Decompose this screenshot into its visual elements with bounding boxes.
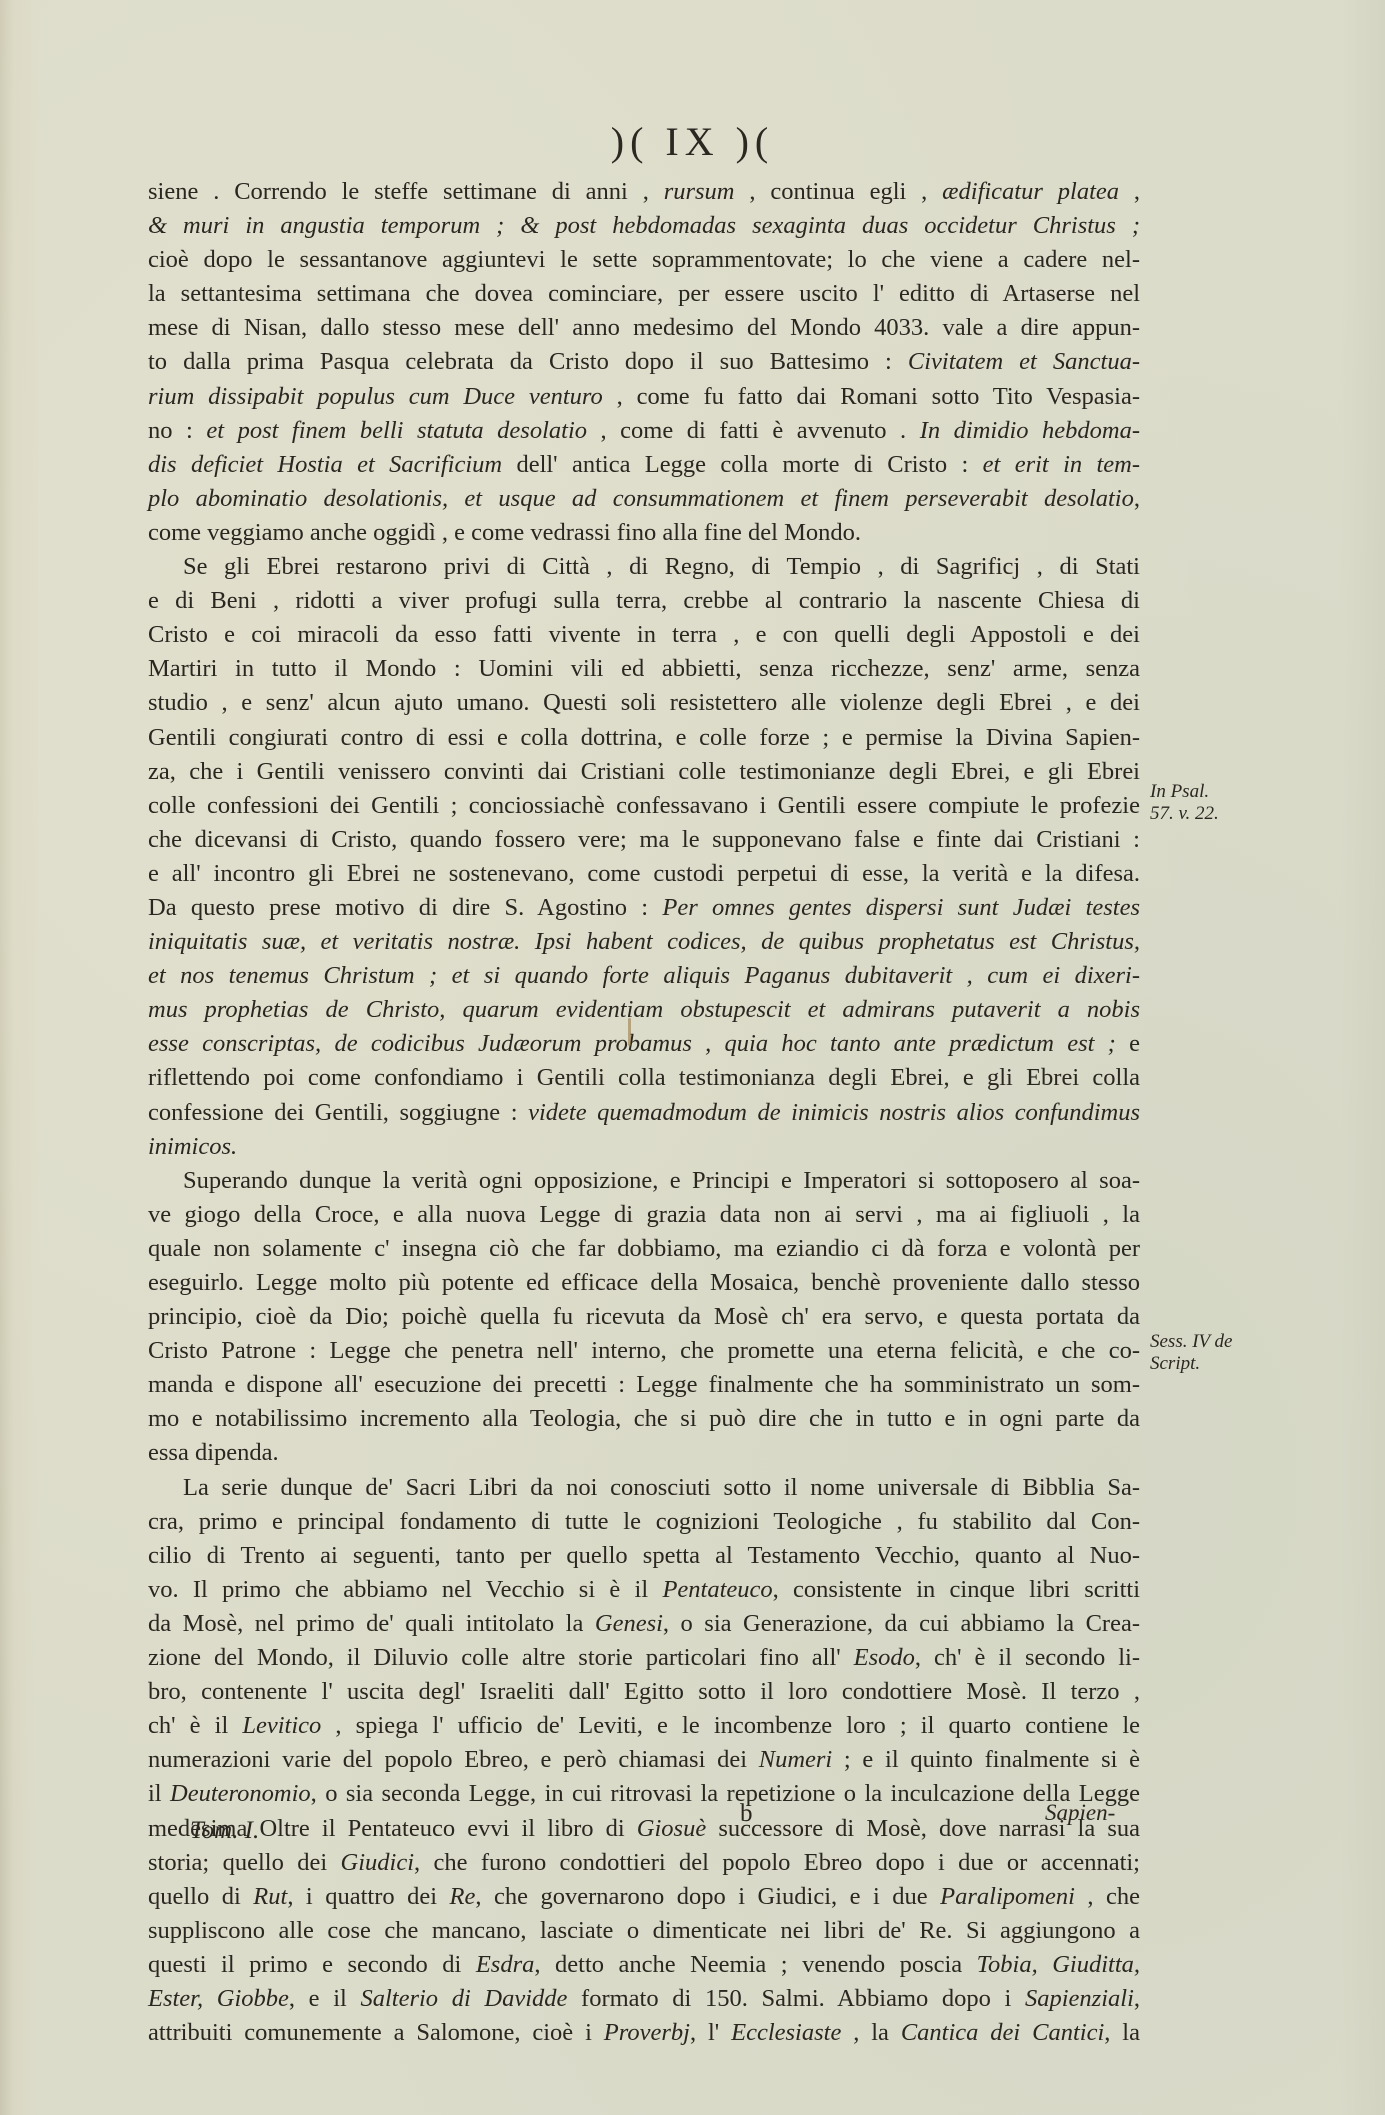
text-line: cilio di Trento ai seguenti, tanto per q… (148, 1539, 1140, 1573)
text-segment: Cristo Patrone : Legge che penetra nell'… (148, 1337, 1140, 1364)
italic-segment: Giosuè (637, 1815, 706, 1842)
text-segment: Cristo e coi miracoli da esso fatti vive… (148, 621, 1140, 648)
margin-note-line: Sess. IV de (1150, 1331, 1233, 1353)
text-line: za, che i Gentili venissero convinti dai… (148, 755, 1140, 789)
text-line: no : et post finem belli statuta desolat… (148, 414, 1140, 448)
text-line: quello di Rut, i quattro dei Re, che gov… (148, 1880, 1140, 1914)
text-segment: che dicevansi di Cristo, quando fossero … (148, 826, 1140, 853)
text-segment: , che governarono dopo i Giudici, e i du… (475, 1883, 940, 1910)
paper-stain (628, 1018, 631, 1046)
text-segment: formato di 150. Salmi. Abbiamo dopo i (567, 1985, 1025, 2012)
text-line: La serie dunque de' Sacri Libri da noi c… (148, 1471, 1140, 1505)
text-segment: suppliscono alle cose che mancano, lasci… (148, 1917, 1140, 1944)
text-segment: , la (1104, 2019, 1140, 2046)
text-line: come veggiamo anche oggidì , e come vedr… (148, 516, 1140, 550)
text-line: attribuiti comunemente a Salomone, cioè … (148, 2016, 1140, 2050)
text-line: Superando dunque la verità ogni opposizi… (148, 1164, 1140, 1198)
italic-segment: Levitico (242, 1712, 321, 1739)
text-segment: Se gli Ebrei restarono privi di Città , … (183, 553, 1140, 580)
text-segment: come veggiamo anche oggidì , e come vedr… (148, 519, 861, 546)
italic-segment: Paralipomeni (940, 1883, 1075, 1910)
text-line: suppliscono alle cose che mancano, lasci… (148, 1914, 1140, 1948)
text-line: dis deficiet Hostia et Sacrificium dell'… (148, 448, 1140, 482)
text-segment: cra, primo e principal fondamento di tut… (148, 1508, 1140, 1535)
text-segment: mo e notabilissimo incremento alla Teolo… (148, 1405, 1140, 1432)
italic-segment: Proverbj (604, 2019, 690, 2046)
italic-segment: Ecclesiaste (731, 2019, 841, 2046)
text-line: to dalla prima Pasqua celebrata da Crist… (148, 345, 1140, 379)
italic-segment: videte quemadmodum de inimicis nostris a… (528, 1099, 1140, 1126)
text-segment: colle confessioni dei Gentili ; concioss… (148, 792, 1140, 819)
text-line: storia; quello dei Giudici, che furono c… (148, 1846, 1140, 1880)
text-line: Cristo e coi miracoli da esso fatti vive… (148, 618, 1140, 652)
text-line: medesima Oltre il Pentateuco evvi il lib… (148, 1812, 1140, 1846)
italic-segment: et erit in tem- (983, 451, 1140, 478)
text-segment: quale non solamente c' insegna ciò che f… (148, 1235, 1140, 1262)
text-line: rium dissipabit populus cum Duce venturo… (148, 380, 1140, 414)
italic-segment: Civitatem et Sanctua- (908, 348, 1140, 375)
italic-segment: Salterio di Davidde (360, 1985, 567, 2012)
text-segment: ve giogo della Croce, e alla nuova Legge… (148, 1201, 1140, 1228)
text-line: vo. Il primo che abbiamo nel Vecchio si … (148, 1573, 1140, 1607)
text-line: e di Beni , ridotti a viver profugi sull… (148, 584, 1140, 618)
italic-segment: et post finem belli statuta desolatio (206, 417, 587, 444)
text-segment: e all' incontro gli Ebrei ne sostenevano… (148, 860, 1140, 887)
margin-note-line: Script. (1150, 1353, 1233, 1375)
text-segment: , consistente in cinque libri scritti (773, 1576, 1140, 1603)
italic-segment: Ester, Giobbe (148, 1985, 289, 2012)
text-line: cra, primo e principal fondamento di tut… (148, 1505, 1140, 1539)
text-segment: ch' è il (148, 1712, 242, 1739)
text-segment: , come fu fatto dai Romani sotto Tito Ve… (603, 383, 1140, 410)
text-segment: to dalla prima Pasqua celebrata da Crist… (148, 348, 908, 375)
text-line: & muri in angustia temporum ; & post heb… (148, 209, 1140, 243)
text-line: mo e notabilissimo incremento alla Teolo… (148, 1402, 1140, 1436)
text-segment: e di Beni , ridotti a viver profugi sull… (148, 587, 1140, 614)
italic-segment: rium dissipabit populus cum Duce venturo (148, 383, 603, 410)
text-segment: Superando dunque la verità ogni opposizi… (183, 1167, 1140, 1194)
text-line: colle confessioni dei Gentili ; concioss… (148, 789, 1140, 823)
text-segment: , o sia Generazione, da cui abbiamo la C… (663, 1610, 1140, 1637)
text-line: Da questo prese motivo di dire S. Agosti… (148, 891, 1140, 925)
text-segment: la settantesima settimana che dovea comi… (148, 280, 1140, 307)
italic-segment: & muri in angustia temporum ; & post heb… (148, 212, 1140, 239)
text-line: ch' è il Levitico , spiega l' ufficio de… (148, 1709, 1140, 1743)
text-line: iniquitatis suæ, et veritatis nostræ. Ip… (148, 925, 1140, 959)
italic-segment: Rut (253, 1883, 287, 1910)
text-segment: , ch' è il secondo li- (915, 1644, 1140, 1671)
text-line: cioè dopo le sessantanove aggiuntevi le … (148, 243, 1140, 277)
italic-segment: rursum (664, 178, 735, 205)
text-segment: da Mosè, nel primo de' quali intitolato … (148, 1610, 595, 1637)
text-line: numerazioni varie del popolo Ebreo, e pe… (148, 1743, 1140, 1777)
text-line: plo abominatio desolationis, et usque ad… (148, 482, 1140, 516)
catchword: Sapien- (1045, 1800, 1115, 1826)
text-line: essa dipenda. (148, 1436, 1140, 1470)
italic-segment: esse conscriptas, de codicibus Judæorum … (148, 1030, 1116, 1057)
italic-segment: Deuteronomio (170, 1780, 311, 1807)
margin-note-council: Sess. IV de Script. (1150, 1331, 1233, 1375)
italic-segment: dis deficiet Hostia et Sacrificium (148, 451, 502, 478)
text-segment: questi il primo e secondo di (148, 1951, 476, 1978)
text-segment: studio , e senz' alcun ajuto umano. Ques… (148, 689, 1140, 716)
text-line: et nos tenemus Christum ; et si quando f… (148, 959, 1140, 993)
text-line: Se gli Ebrei restarono privi di Città , … (148, 550, 1140, 584)
text-line: studio , e senz' alcun ajuto umano. Ques… (148, 686, 1140, 720)
text-segment: dell' antica Legge colla morte di Cristo… (502, 451, 983, 478)
text-line: Martiri in tutto il Mondo : Uomini vili … (148, 652, 1140, 686)
italic-segment: iniquitatis suæ, et veritatis nostræ. Ip… (148, 928, 1140, 955)
text-segment: storia; quello dei (148, 1849, 341, 1876)
text-segment: , o sia seconda Legge, in cui ritrovasi … (311, 1780, 1140, 1807)
text-segment: Da questo prese motivo di dire S. Agosti… (148, 894, 662, 921)
text-line: ve giogo della Croce, e alla nuova Legge… (148, 1198, 1140, 1232)
text-line: zione del Mondo, il Diluvio colle altre … (148, 1641, 1140, 1675)
text-segment: , continua egli , (734, 178, 942, 205)
italic-segment: Giudici (341, 1849, 415, 1876)
text-segment: , l' (690, 2019, 731, 2046)
text-segment: vo. Il primo che abbiamo nel Vecchio si … (148, 1576, 662, 1603)
text-segment: , (1134, 485, 1140, 512)
text-line: da Mosè, nel primo de' quali intitolato … (148, 1607, 1140, 1641)
text-line: bro, contenente l' uscita degl' Israelit… (148, 1675, 1140, 1709)
text-segment: , i quattro dei (287, 1883, 449, 1910)
text-segment: , detto anche Neemia ; venendo poscia (534, 1951, 976, 1978)
text-segment: La serie dunque de' Sacri Libri da noi c… (183, 1474, 1140, 1501)
text-line: che dicevansi di Cristo, quando fossero … (148, 823, 1140, 857)
italic-segment: Esodo (854, 1644, 915, 1671)
margin-note-line: 57. v. 22. (1150, 803, 1219, 825)
text-segment: Martiri in tutto il Mondo : Uomini vili … (148, 655, 1140, 682)
text-line: inimicos. (148, 1130, 1140, 1164)
text-segment: cioè dopo le sessantanove aggiuntevi le … (148, 246, 1140, 273)
text-segment: , la (841, 2019, 901, 2046)
text-line: confessione dei Gentili, soggiugne : vid… (148, 1096, 1140, 1130)
text-segment: za, che i Gentili venissero convinti dai… (148, 758, 1140, 785)
italic-segment: Sapienziali (1025, 1985, 1134, 2012)
text-line: riflettendo poi come confondiamo i Genti… (148, 1061, 1140, 1095)
text-segment: , spiega l' ufficio de' Leviti, e le inc… (321, 1712, 1140, 1739)
text-segment: Gentili congiurati contro di essi e coll… (148, 724, 1140, 751)
text-line: la settantesima settimana che dovea comi… (148, 277, 1140, 311)
text-line: Gentili congiurati contro di essi e coll… (148, 721, 1140, 755)
text-segment: confessione dei Gentili, soggiugne : (148, 1099, 528, 1126)
page-number-header: )( IX )( (0, 118, 1385, 165)
italic-segment: inimicos. (148, 1133, 237, 1160)
italic-segment: ædificatur platea (942, 178, 1119, 205)
italic-segment: Per omnes gentes dispersi sunt Judæi tes… (662, 894, 1140, 921)
margin-note-line: In Psal. (1150, 781, 1219, 803)
text-segment: il (148, 1780, 170, 1807)
text-segment: , che furono condottieri del popolo Ebre… (414, 1849, 1140, 1876)
text-segment: principio, cioè da Dio; poichè quella fu… (148, 1303, 1140, 1330)
text-segment: riflettendo poi come confondiamo i Genti… (148, 1064, 1140, 1091)
text-line: Ester, Giobbe, e il Salterio di Davidde … (148, 1982, 1140, 2016)
text-line: e all' incontro gli Ebrei ne sostenevano… (148, 857, 1140, 891)
text-segment: numerazioni varie del popolo Ebreo, e pe… (148, 1746, 759, 1773)
italic-segment: In dimidio hebdoma- (920, 417, 1140, 444)
text-segment: , come di fatti è avvenuto . (587, 417, 920, 444)
book-page: )( IX )( siene . Correndo le steffe sett… (0, 0, 1385, 2115)
italic-segment: Tobia, Giuditta, (977, 1951, 1140, 1978)
text-segment: zione del Mondo, il Diluvio colle altre … (148, 1644, 854, 1671)
text-segment: mese di Nisan, dallo stesso mese dell' a… (148, 314, 1140, 341)
text-line: mese di Nisan, dallo stesso mese dell' a… (148, 311, 1140, 345)
italic-segment: et nos tenemus Christum ; et si quando f… (148, 962, 1140, 989)
italic-segment: Genesi (595, 1610, 663, 1637)
text-segment: , e il (289, 1985, 361, 2012)
italic-segment: Pentateuco (662, 1576, 772, 1603)
text-segment: e (1116, 1030, 1140, 1057)
text-segment: , che (1075, 1883, 1140, 1910)
margin-note-psalm: In Psal. 57. v. 22. (1150, 781, 1219, 825)
text-line: quale non solamente c' insegna ciò che f… (148, 1232, 1140, 1266)
text-line: principio, cioè da Dio; poichè quella fu… (148, 1300, 1140, 1334)
text-segment: bro, contenente l' uscita degl' Israelit… (148, 1678, 1140, 1705)
italic-segment: Cantica dei Cantici (901, 2019, 1104, 2046)
italic-segment: Re (450, 1883, 476, 1910)
text-segment: no : (148, 417, 206, 444)
text-segment: ; e il quinto finalmente si è (832, 1746, 1140, 1773)
text-line: mus prophetias de Christo, quarum eviden… (148, 993, 1140, 1027)
text-segment: siene . Correndo le steffe settimane di … (148, 178, 664, 205)
text-segment: cilio di Trento ai seguenti, tanto per q… (148, 1542, 1140, 1569)
text-line: il Deuteronomio, o sia seconda Legge, in… (148, 1777, 1140, 1811)
body-text: siene . Correndo le steffe settimane di … (148, 175, 1140, 2050)
text-segment: , (1119, 178, 1140, 205)
volume-label: Tom. I. (190, 1817, 259, 1845)
text-line: questi il primo e secondo di Esdra, dett… (148, 1948, 1140, 1982)
text-segment: attribuiti comunemente a Salomone, cioè … (148, 2019, 604, 2046)
italic-segment: Esdra (476, 1951, 535, 1978)
italic-segment: mus prophetias de Christo, quarum eviden… (148, 996, 1140, 1023)
text-segment: essa dipenda. (148, 1439, 279, 1466)
text-line: esse conscriptas, de codicibus Judæorum … (148, 1027, 1140, 1061)
text-line: eseguirlo. Legge molto più potente ed ef… (148, 1266, 1140, 1300)
text-line: siene . Correndo le steffe settimane di … (148, 175, 1140, 209)
text-segment: manda e dispone all' esecuzione dei prec… (148, 1371, 1140, 1398)
italic-segment: plo abominatio desolationis, et usque ad… (148, 485, 1134, 512)
text-line: Cristo Patrone : Legge che penetra nell'… (148, 1334, 1140, 1368)
text-segment: eseguirlo. Legge molto più potente ed ef… (148, 1269, 1140, 1296)
italic-segment: Numeri (759, 1746, 833, 1773)
text-line: manda e dispone all' esecuzione dei prec… (148, 1368, 1140, 1402)
text-segment: , (1134, 1985, 1140, 2012)
signature-mark: b (740, 1800, 753, 1828)
text-segment: quello di (148, 1883, 253, 1910)
